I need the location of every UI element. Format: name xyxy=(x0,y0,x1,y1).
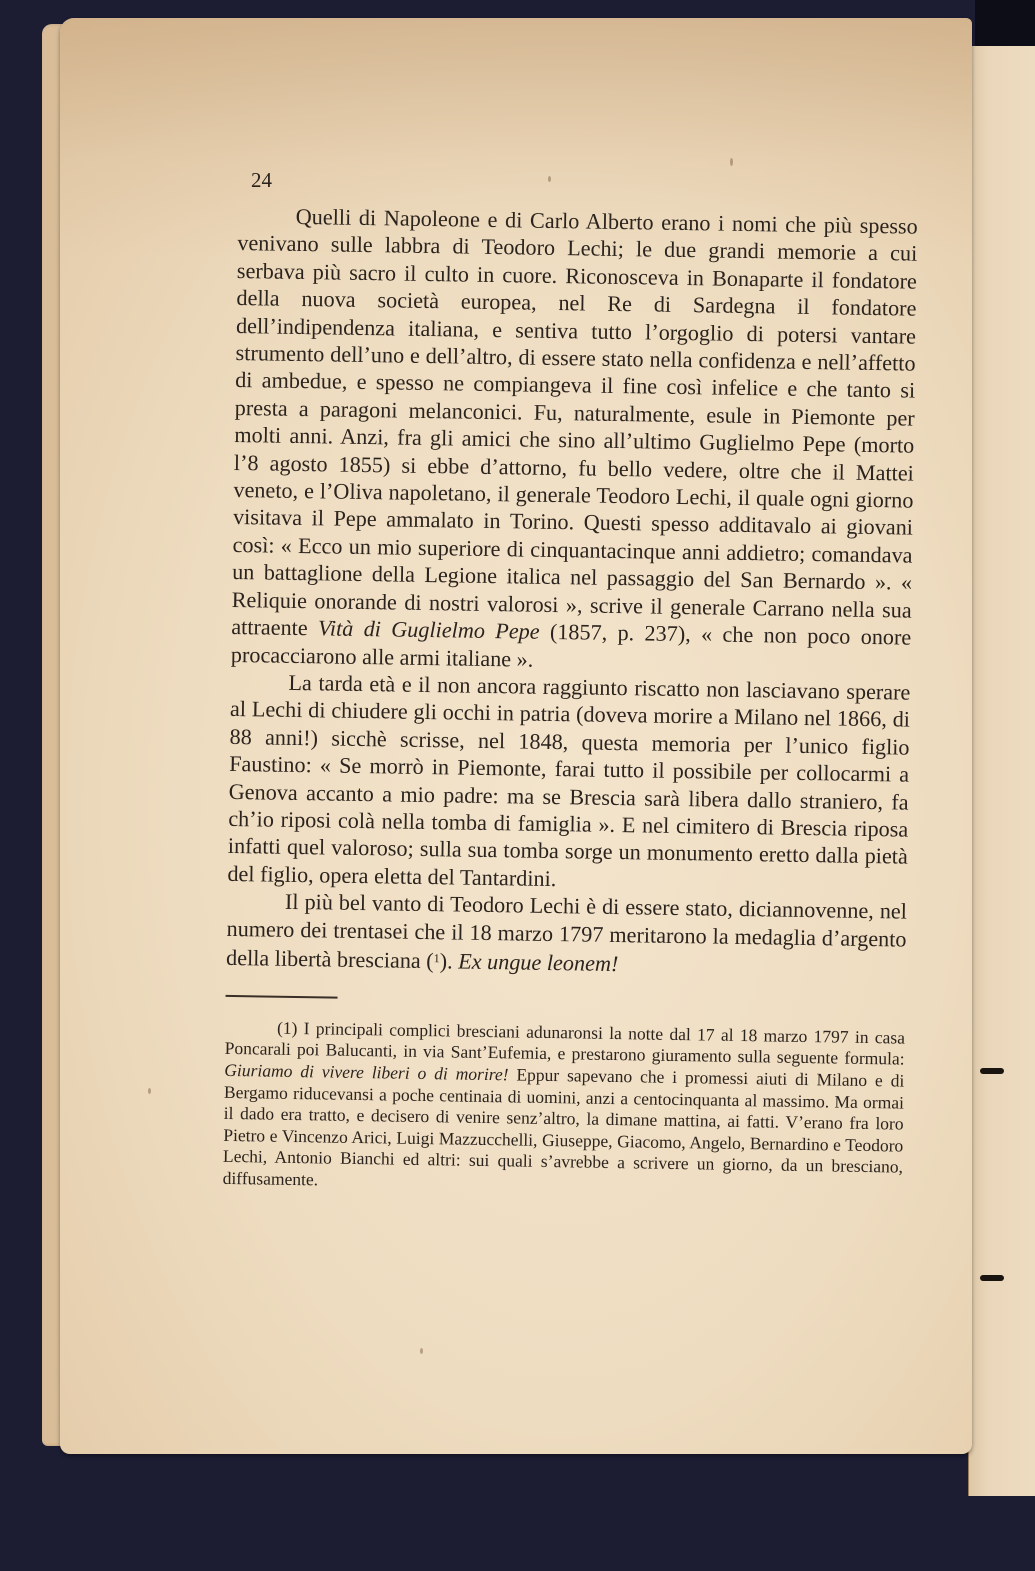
paragraph-text: ). xyxy=(440,948,459,973)
oath-formula-italic: Giuriamo di vivere liberi o di morire! xyxy=(224,1060,508,1084)
paragraph-text: Quelli di Napoleone e di Carlo Alberto e… xyxy=(231,204,918,640)
paper-speck xyxy=(420,1348,423,1354)
paragraph-2: La tarda età e il non ancora raggiunto r… xyxy=(227,668,910,898)
paragraph-1: Quelli di Napoleone e di Carlo Alberto e… xyxy=(231,202,918,679)
page-number: 24 xyxy=(251,168,272,193)
paper-speck xyxy=(148,1088,151,1094)
page-text-block: Quelli di Napoleone e di Carlo Alberto e… xyxy=(222,202,917,1200)
paragraph-text: La tarda età e il non ancora raggiunto r… xyxy=(227,670,910,891)
footnote-1: (1) I principali complici bresciani adun… xyxy=(222,1017,905,1200)
binding-stitch-mark xyxy=(980,1275,1004,1281)
book-title-italic: Vità di Guglielmo Pepe xyxy=(318,615,540,643)
footnote-divider xyxy=(226,995,338,998)
latin-phrase-italic: Ex ungue leonem! xyxy=(458,949,619,977)
binding-stitch-mark xyxy=(980,1068,1004,1074)
paper-speck xyxy=(548,176,551,182)
footnote-text: Eppur sapevano che i promessi aiuti di M… xyxy=(223,1064,905,1189)
paper-speck xyxy=(730,158,733,166)
book-page: 24 Quelli di Napoleone e di Carlo Albert… xyxy=(60,18,972,1454)
paragraph-3: Il più bel vanto di Teodoro Lechi è di e… xyxy=(226,887,907,982)
